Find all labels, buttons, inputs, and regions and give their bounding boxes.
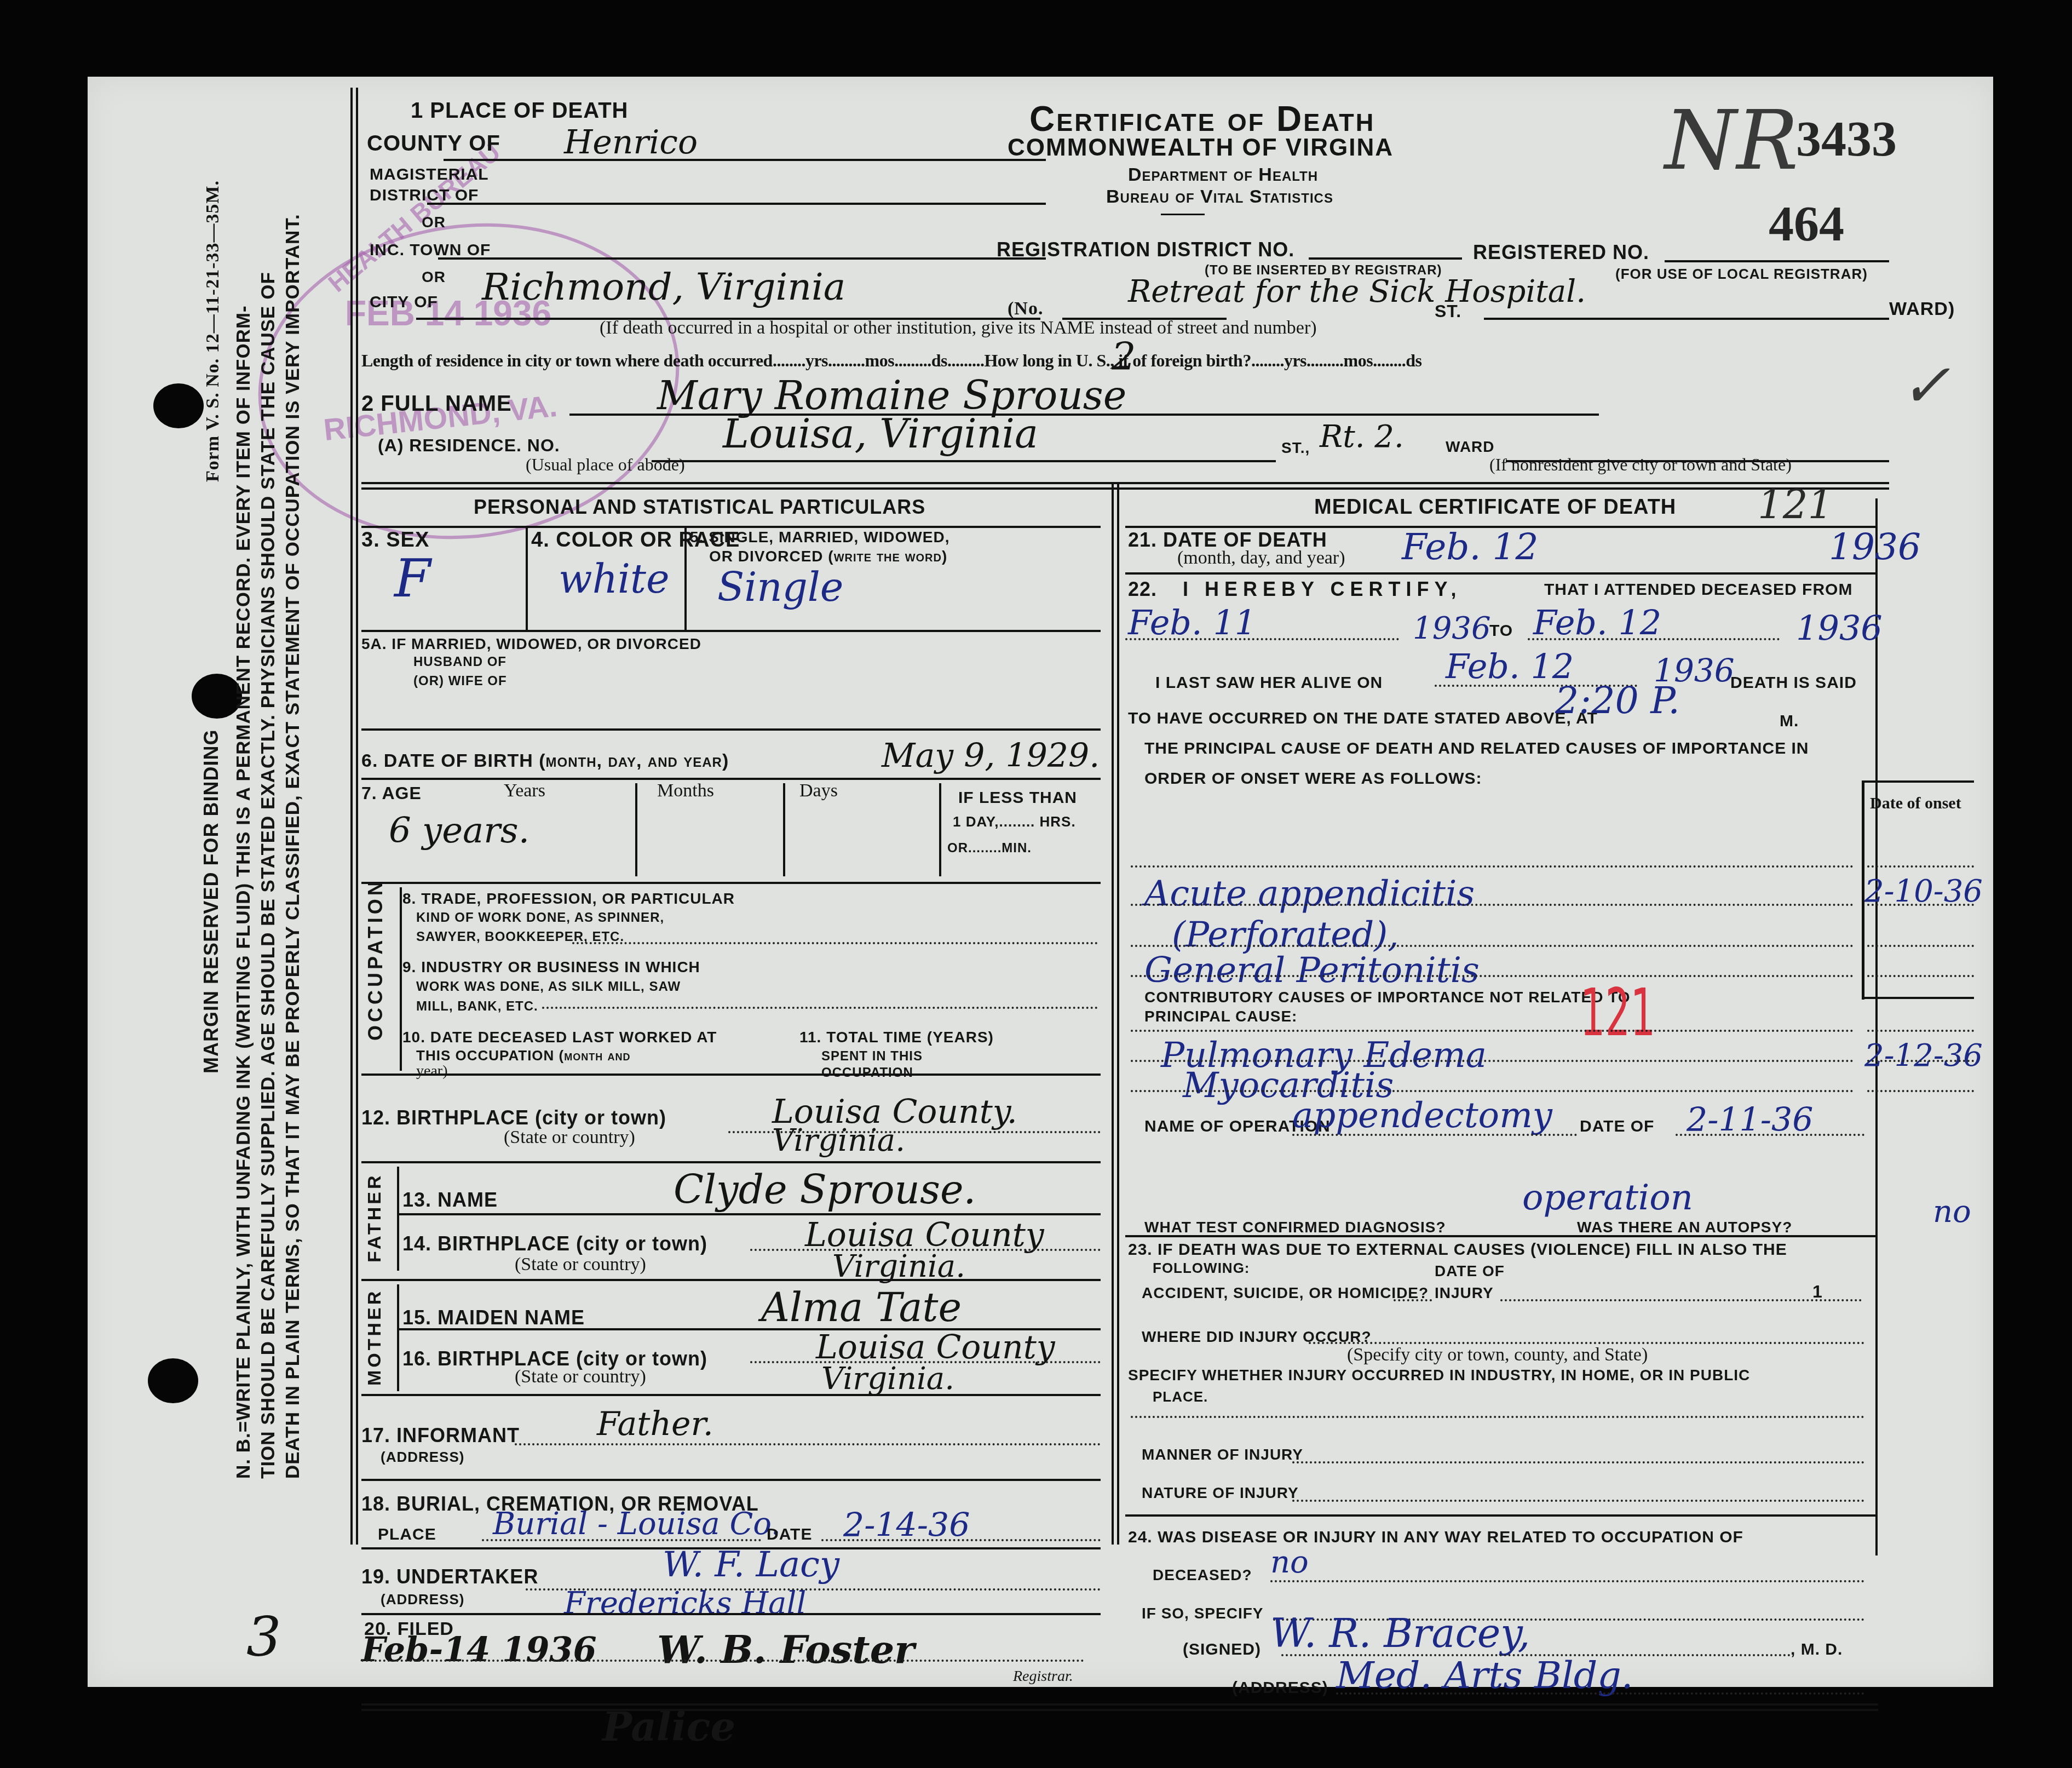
- spouse-label-1: 5A. IF MARRIED, WIDOWED, OR DIVORCED: [361, 635, 701, 653]
- date-of-death-label-2: (month, day, and year): [1177, 548, 1345, 569]
- residence-length-line: Length of residence in city or town wher…: [361, 351, 1421, 371]
- city-label: CITY OF: [370, 293, 438, 312]
- undertaker-label: 19. UNDERTAKER: [361, 1565, 538, 1588]
- undertaker-address: Fredericks Hall: [564, 1586, 806, 1621]
- institution-name: Retreat for the Sick Hospital.: [1128, 274, 1586, 309]
- burial-place-value: Burial - Louisa Co.: [493, 1506, 781, 1542]
- operation-value: appendectomy: [1292, 1095, 1552, 1136]
- total-time-label-2: SPENT IN THIS: [821, 1049, 923, 1064]
- frame-right-line: [1875, 498, 1878, 1555]
- street-no-label: (No.: [1008, 299, 1043, 319]
- death-is-said: DEATH IS SAID: [1730, 674, 1857, 692]
- marital-label-1: 5. SINGLE, MARRIED, WIDOWED,: [690, 529, 949, 546]
- cause-intro-1: THE PRINCIPAL CAUSE OF DEATH AND RELATED…: [1144, 739, 1809, 758]
- spouse-label-3: (OR) WIFE OF: [413, 674, 507, 689]
- total-time-label-1: 11. TOTAL TIME (YEARS): [799, 1029, 994, 1046]
- margin-instruction-3: DEATH IN PLAIN TERMS, SO THAT IT MAY BE …: [282, 214, 304, 1479]
- father-name-label: 13. NAME: [402, 1189, 498, 1212]
- operation-date-label: DATE OF: [1580, 1117, 1654, 1136]
- occupation-related-label-2: DECEASED?: [1153, 1566, 1252, 1584]
- burial-date-label: DATE: [767, 1525, 812, 1544]
- autopsy-label: WAS THERE AN AUTOPSY?: [1577, 1219, 1792, 1236]
- attended-to: Feb. 12: [1533, 602, 1661, 642]
- sex-value: F: [394, 548, 431, 609]
- corner-handwritten-mark: NR: [1665, 93, 1798, 188]
- magisterial-label: MAGISTERIAL DISTRICT OF: [370, 164, 496, 206]
- last-worked-label-3: year): [416, 1063, 448, 1080]
- trade-label-2: KIND OF WORK DONE, AS SPINNER,: [416, 910, 664, 926]
- accident-label: ACCIDENT, SUICIDE, OR HOMICIDE?: [1142, 1284, 1429, 1302]
- specify-label-1: SPECIFY WHETHER INJURY OCCURRED IN INDUS…: [1128, 1367, 1750, 1384]
- residence-label: (A) RESIDENCE. NO.: [378, 435, 560, 456]
- registration-district-label: REGISTRATION DISTRICT NO.: [997, 238, 1294, 261]
- ward-label: WARD): [1889, 299, 1955, 320]
- less-than-2: 1 DAY,........ HRS.: [953, 813, 1076, 830]
- commonwealth-title: Commonwealth of Virgina: [1008, 134, 1394, 162]
- mother-maiden-label: 15. MAIDEN NAME: [402, 1306, 585, 1329]
- form-id: Form V. S. No. 12—11-21-33—35M.: [203, 180, 223, 482]
- if-so-label: IF SO, SPECIFY: [1142, 1605, 1263, 1622]
- medical-code: 121: [1758, 482, 1833, 528]
- bottom-divider: [361, 1703, 1878, 1711]
- contributory-label-2: PRINCIPAL CAUSE:: [1144, 1008, 1297, 1025]
- burial-place-label: PLACE: [378, 1525, 436, 1544]
- medical-heading: MEDICAL CERTIFICATE OF DEATH: [1314, 496, 1676, 519]
- mother-maiden-value: Alma Tate: [761, 1284, 962, 1330]
- frame-left-line: [350, 88, 353, 1545]
- residence-value: Louisa, Virginia: [723, 411, 1038, 457]
- date-of-death-value: Feb. 12: [1402, 526, 1538, 568]
- attended-from-year: 1936: [1413, 611, 1491, 646]
- occupation-related-label-1: 24. WAS DISEASE OR INJURY IN ANY WAY REL…: [1128, 1528, 1743, 1547]
- mother-side-label: MOTHER: [364, 1289, 385, 1386]
- physician-address-label: (ADDRESS): [1232, 1679, 1328, 1697]
- trade-label-1: 8. TRADE, PROFESSION, OR PARTICULAR: [402, 890, 735, 908]
- attended-to-label: TO: [1489, 622, 1513, 640]
- margin-instruction-2: TION SHOULD BE CAREFULLY SUPPLIED. AGE S…: [257, 272, 279, 1479]
- principal-cause-3: General Peritonitis: [1144, 950, 1480, 991]
- header-divider: [361, 482, 1889, 490]
- contributory-cause-1-onset: 2-12-36: [1864, 1038, 1983, 1074]
- stamped-number: 3433: [1796, 110, 1897, 168]
- occupation-related-value: no: [1270, 1545, 1309, 1580]
- external-label-2: FOLLOWING:: [1153, 1260, 1250, 1277]
- spouse-label-2: HUSBAND OF: [413, 655, 507, 670]
- registrar-signature: W. B. Foster: [657, 1627, 914, 1672]
- age-months-label: Months: [657, 780, 714, 801]
- residence-note-left: (Usual place of abode): [526, 455, 685, 475]
- birthplace-label: 12. BIRTHPLACE (city or town): [361, 1106, 666, 1129]
- dob-value: May 9, 1929.: [882, 737, 1100, 775]
- mother-state-label: (State or country): [515, 1367, 646, 1387]
- informant-label: 17. INFORMANT: [361, 1424, 520, 1447]
- personal-heading: PERSONAL AND STATISTICAL PARTICULARS: [474, 496, 925, 519]
- age-days-label: Days: [799, 780, 838, 801]
- mother-birthplace-state: Virginia.: [821, 1361, 954, 1397]
- marital-label-2: OR DIVORCED (write the word): [709, 548, 947, 565]
- certify-big: I HEREBY CERTIFY,: [1183, 578, 1461, 601]
- county-label: COUNTY OF: [367, 131, 500, 156]
- or-2: OR: [422, 268, 446, 286]
- undertaker-name: W. F. Lacy: [663, 1545, 839, 1585]
- registered-number-note: (FOR USE OF LOCAL REGISTRAR): [1615, 266, 1868, 283]
- last-worked-label-2: THIS OCCUPATION (month and: [416, 1047, 630, 1064]
- registered-number-label: REGISTERED NO.: [1473, 241, 1649, 264]
- certify-number: 22.: [1128, 578, 1157, 601]
- external-label-1: 23. IF DEATH WAS DUE TO EXTERNAL CAUSES …: [1128, 1241, 1787, 1259]
- filed-date: Feb-14 1936: [361, 1629, 597, 1669]
- date-of-death-year: 1936: [1829, 526, 1921, 568]
- time-of-death: 2:20 P.: [1555, 679, 1680, 722]
- residence-st-value: Rt. 2.: [1320, 419, 1404, 455]
- punch-hole-1: [153, 383, 204, 428]
- inc-town-label: INC. TOWN OF: [370, 241, 491, 260]
- less-than-3: OR........MIN.: [947, 841, 1032, 856]
- county-value: Henrico: [564, 123, 698, 162]
- red-code: 121: [1580, 975, 1655, 1051]
- frame-left-line-inner: [356, 88, 358, 1545]
- cause-intro-2: ORDER OF ONSET WERE AS FOLLOWS:: [1144, 770, 1482, 788]
- reg-district-note: (TO BE INSERTED BY REGISTRAR): [1205, 263, 1442, 278]
- margin-binding-note: MARGIN RESERVED FOR BINDING: [200, 730, 223, 1074]
- informant-value: Father.: [597, 1405, 713, 1443]
- registered-number: 464: [1769, 194, 1844, 252]
- registrar-label: Registrar.: [1013, 1668, 1073, 1685]
- residence-st-label: ST.,: [1281, 439, 1310, 457]
- bureau-title: Bureau of Vital Statistics: [1106, 186, 1333, 208]
- certificate-title: Certificate of Death: [1029, 99, 1375, 139]
- margin-instruction-1: N. B.=WRITE PLAINLY, WITH UNFADING INK (…: [233, 305, 255, 1479]
- physician-signature: W. R. Bracey,: [1270, 1610, 1530, 1656]
- punch-hole-3: [148, 1358, 198, 1403]
- institution-note: (If death occurred in a hospital or othe…: [600, 318, 1317, 338]
- father-side-label: FATHER: [364, 1173, 385, 1262]
- signed-label: (SIGNED): [1183, 1640, 1261, 1659]
- certificate-paper: FEB 14 1936 RICHMOND, VA. HEALTH BUREAU …: [88, 77, 1993, 1687]
- onset-header: Date of onset: [1870, 794, 1961, 813]
- last-saw-label: I LAST SAW HER ALIVE ON: [1155, 674, 1383, 692]
- father-state-label: (State or country): [515, 1254, 646, 1275]
- or-1: OR: [422, 214, 446, 231]
- marital-value: Single: [717, 564, 843, 610]
- informant-address-label: (ADDRESS): [381, 1449, 464, 1466]
- last-worked-label-1: 10. DATE DECEASED LAST WORKED AT: [402, 1029, 717, 1046]
- nature-label: NATURE OF INJURY: [1142, 1484, 1299, 1502]
- time-suffix: M.: [1780, 712, 1799, 731]
- checkmark: ✓: [1900, 351, 1950, 421]
- full-name-label: 2 FULL NAME: [361, 392, 512, 416]
- residence-note-right: (If nonresident give city or town and St…: [1489, 455, 1792, 475]
- attended-to-year: 1936: [1796, 608, 1883, 648]
- occupation-side-label: OCCUPATION: [364, 878, 387, 1041]
- place-of-death-heading: 1 PLACE OF DEATH: [411, 99, 629, 123]
- birthplace-state-value: Virginia.: [772, 1123, 905, 1158]
- age-years-label: Years: [504, 780, 545, 801]
- father-birthplace-label: 14. BIRTHPLACE (city or town): [402, 1232, 707, 1255]
- less-than-1: IF LESS THAN: [958, 789, 1077, 807]
- age-label: 7. AGE: [361, 783, 422, 803]
- manner-label: MANNER OF INJURY: [1142, 1446, 1303, 1463]
- specify-label-2: PLACE.: [1153, 1388, 1208, 1405]
- age-value: 6 years.: [389, 811, 529, 851]
- certify-rest: THAT I ATTENDED DECEASED FROM: [1544, 581, 1852, 599]
- total-time-label-3: OCCUPATION: [821, 1065, 913, 1081]
- father-name-value: Clyde Sprouse.: [674, 1167, 976, 1213]
- race-value: white: [559, 556, 670, 602]
- dob-label: 6. DATE OF BIRTH (month, day, and year): [361, 750, 729, 772]
- occurred-label: TO HAVE OCCURRED ON THE DATE STATED ABOV…: [1128, 709, 1598, 728]
- where-injury-note: (Specify city or town, county, and State…: [1347, 1345, 1648, 1365]
- birthplace-state-label: (State or country): [504, 1127, 635, 1148]
- st-label: ST.: [1435, 301, 1461, 322]
- md-label: , M. D.: [1791, 1640, 1843, 1659]
- undertaker-address-label: (ADDRESS): [381, 1591, 464, 1608]
- injury-label: INJURY: [1435, 1284, 1494, 1302]
- industry-label-1: 9. INDUSTRY OR BUSINESS IN WHICH: [402, 958, 700, 976]
- residence-ward-label: WARD: [1446, 438, 1495, 456]
- contributory-label-1: CONTRIBUTORY CAUSES OF IMPORTANCE NOT RE…: [1144, 989, 1631, 1006]
- city-value: Richmond, Virginia: [482, 266, 845, 309]
- test-value: operation: [1522, 1178, 1693, 1218]
- physician-address: Med. Arts Bldg.: [1336, 1654, 1633, 1697]
- test-label: WHAT TEST CONFIRMED DIAGNOSIS?: [1144, 1219, 1446, 1236]
- principal-cause-1: Acute appendicitis: [1144, 874, 1475, 914]
- principal-cause-2: (Perforated),: [1172, 915, 1398, 955]
- injury-date-value: 1: [1812, 1282, 1823, 1302]
- department-title: Department of Health: [1128, 164, 1318, 186]
- margin-handwritten-number: 3: [246, 1605, 281, 1669]
- autopsy-value: no: [1933, 1194, 1971, 1230]
- attended-from: Feb. 11: [1128, 602, 1256, 642]
- industry-label-2: WORK WAS DONE, AS SILK MILL, SAW: [416, 979, 681, 995]
- industry-label-3: MILL, BANK, ETC.: [416, 999, 538, 1014]
- date-of-injury-label: DATE OF: [1435, 1262, 1505, 1280]
